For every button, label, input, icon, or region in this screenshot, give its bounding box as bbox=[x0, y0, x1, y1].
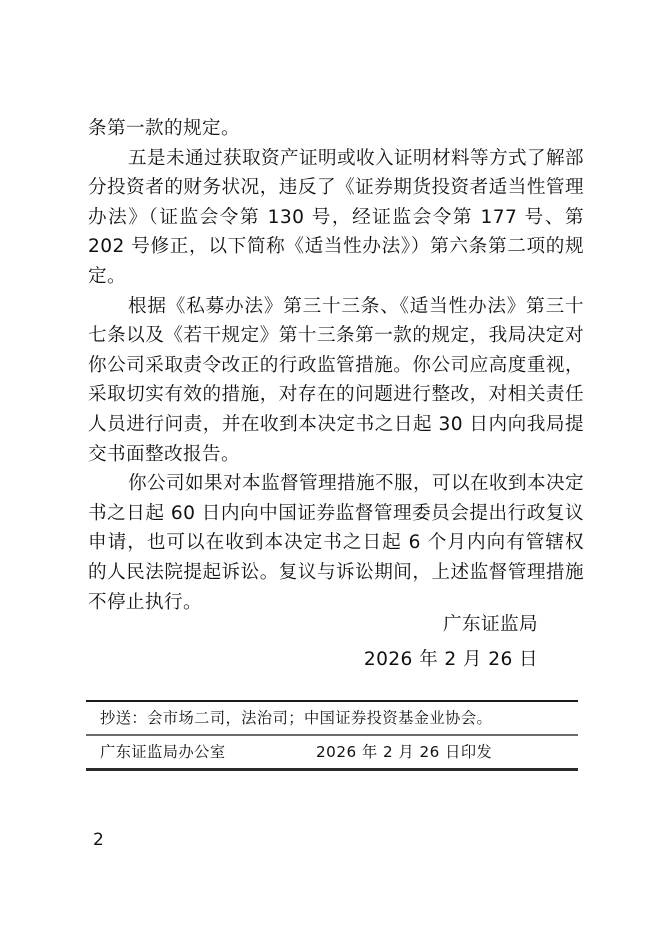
cc-line: 抄送：会市场二司，法治司；中国证券投资基金业协会。 bbox=[86, 702, 578, 734]
page-number: 2 bbox=[93, 830, 104, 850]
signature-date: 2026 年 2 月 26 日 bbox=[364, 645, 538, 671]
distribution-block: 抄送：会市场二司，法治司；中国证券投资基金业协会。 广东证监局办公室 2026 … bbox=[86, 700, 578, 771]
document-body: 条第一款的规定。 五是未通过获取资产证明或收入证明材料等方式了解部分投资者的财务… bbox=[88, 114, 584, 617]
issuing-office: 广东证监局办公室 bbox=[100, 743, 226, 761]
issue-line: 广东证监局办公室 2026 年 2 月 26 日印发 bbox=[86, 736, 578, 768]
signature-organization: 广东证监局 bbox=[443, 610, 538, 636]
paragraph-decision: 根据《私募办法》第三十三条、《适当性办法》第三十七条以及《若干规定》第十三条第一… bbox=[88, 292, 584, 470]
paragraph-violation-five: 五是未通过获取资产证明或收入证明材料等方式了解部分投资者的财务状况，违反了《证券… bbox=[88, 144, 584, 292]
paragraph-appeal-rights: 你公司如果对本监督管理措施不服，可以在收到本决定书之日起 60 日内向中国证券监… bbox=[88, 469, 584, 617]
divider-bottom bbox=[86, 768, 578, 771]
paragraph-continuation: 条第一款的规定。 bbox=[88, 114, 584, 144]
document-page: 条第一款的规定。 五是未通过获取资产证明或收入证明材料等方式了解部分投资者的财务… bbox=[0, 0, 660, 933]
issue-date: 2026 年 2 月 26 日印发 bbox=[316, 736, 492, 768]
